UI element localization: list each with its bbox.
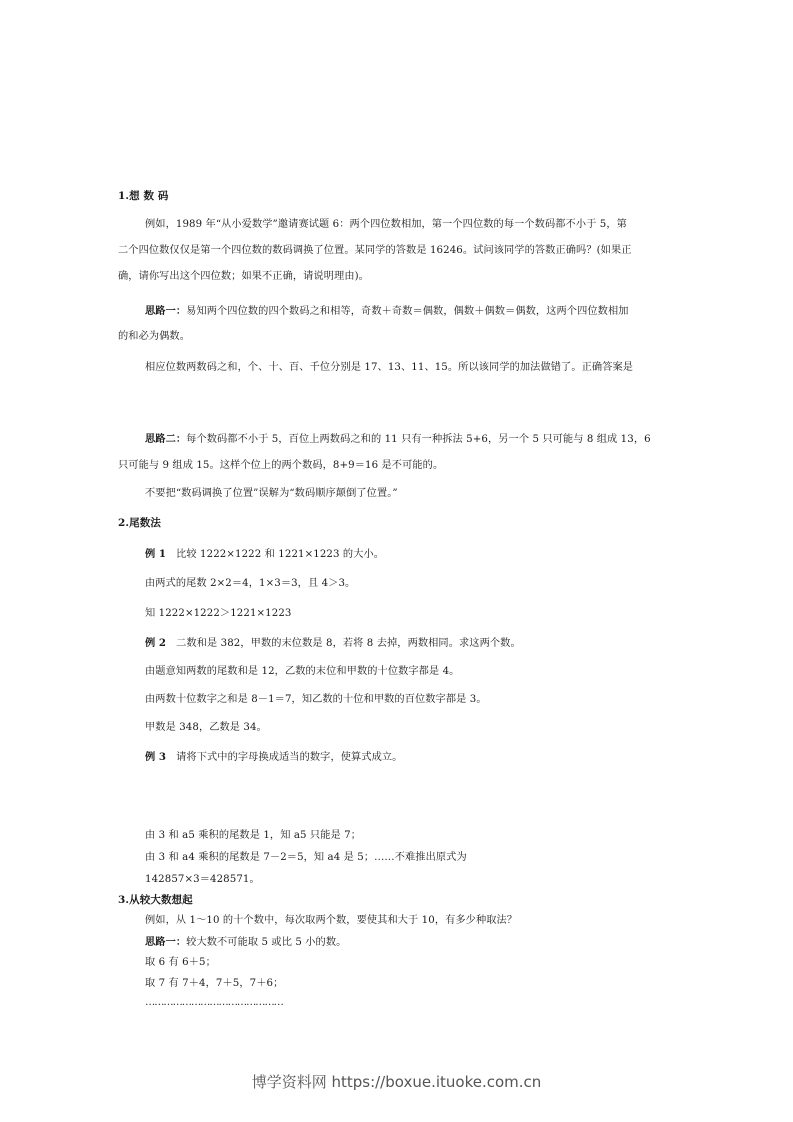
idea-label: 思路二： <box>145 433 186 445</box>
paragraph-line: 只可能与 9 组成 15。这样个位上的两个数码，8+9＝16 是不可能的。 <box>118 459 443 473</box>
idea-label: 思路一： <box>145 305 186 317</box>
idea-text: 较大数不可能取 5 或比 5 小的数。 <box>186 937 346 948</box>
example-3-line: 例 3 请将下式中的字母换成适当的数字，使算式成立。 <box>145 750 402 765</box>
ellipsis-line: ……………………………………… <box>145 996 283 1010</box>
paragraph-line: 由题意知两数的尾数和是 12，乙数的末位和甲数的十位数字都是 4。 <box>145 665 459 679</box>
paragraph-line: 由两式的尾数 2×2＝4，1×3＝3，且 4＞3。 <box>145 577 355 591</box>
example-1-line: 例 1 比较 1222×1222 和 1221×1223 的大小。 <box>145 547 384 562</box>
paragraph-line: 由两数十位数字之和是 8－1＝7，知乙数的十位和甲数的百位数字都是 3。 <box>145 693 487 707</box>
paragraph-line: 取 6 有 6＋5； <box>145 956 216 970</box>
paragraph-line: 的和必为偶数。 <box>118 330 190 344</box>
section-1-title: 1.想 数 码 <box>118 189 168 203</box>
example-label: 例 2 <box>145 637 166 649</box>
idea-text: 易知两个四位数的四个数码之和相等，奇数＋奇数＝偶数，偶数＋偶数＝偶数，这两个四位… <box>186 306 628 317</box>
paragraph-line: 确，请你写出这个四位数；如果不正确，请说明理由)。 <box>118 270 369 284</box>
idea-1-line: 思路一：易知两个四位数的四个数码之和相等，奇数＋奇数＝偶数，偶数＋偶数＝偶数，这… <box>145 304 629 319</box>
paragraph-line: 甲数是 348，乙数是 34。 <box>145 721 267 735</box>
example-2-line: 例 2 二数和是 382，甲数的末位数是 8，若将 8 去掉，两数相同。求这两个… <box>145 636 521 651</box>
example-label: 例 3 <box>145 751 166 763</box>
example-text: 二数和是 382，甲数的末位数是 8，若将 8 去掉，两数相同。求这两个数。 <box>176 638 521 649</box>
section-2-title: 2.尾数法 <box>118 516 161 530</box>
example-text: 比较 1222×1222 和 1221×1223 的大小。 <box>176 549 384 560</box>
idea-text: 每个数码都不小于 5，百位上两数码之和的 11 只有一种拆法 5+6，另一个 5… <box>186 434 651 445</box>
paragraph-line: 由 3 和 a4 乘积的尾数是 7－2＝5，知 a4 是 5；……不难推出原式为 <box>145 851 467 865</box>
example-label: 例 1 <box>145 548 166 560</box>
paragraph-line: 二个四位数仅仅是第一个四位数的数码调换了位置。某同学的答数是 16246。试问该… <box>118 244 632 258</box>
section-3-title: 3.从较大数想起 <box>118 893 193 907</box>
paragraph-line: 知 1222×1222＞1221×1223 <box>145 607 292 621</box>
paragraph-line: 例如，从 1～10 的十个数中，每次取两个数，要使其和大于 10，有多少种取法？ <box>145 914 517 928</box>
watermark-footer: 博学资料网 https://boxue.ituoke.com.cn <box>0 1071 793 1092</box>
paragraph-line: 例如，1989 年“从小爱数学”邀请赛试题 6：两个四位数相加，第一个四位数的每… <box>145 218 627 232</box>
idea-label: 思路一： <box>145 936 186 948</box>
paragraph-line: 142857×3＝428571。 <box>145 873 260 887</box>
note-line: 不要把“数码调换了位置”误解为“数码顺序颠倒了位置。” <box>145 487 398 501</box>
idea-1-line: 思路一：较大数不可能取 5 或比 5 小的数。 <box>145 935 346 950</box>
paragraph-line: 取 7 有 7＋4，7＋5，7＋6； <box>145 977 283 991</box>
idea-2-line: 思路二：每个数码都不小于 5，百位上两数码之和的 11 只有一种拆法 5+6，另… <box>145 432 651 447</box>
paragraph-line: 由 3 和 a5 乘积的尾数是 1，知 a5 只能是 7； <box>145 829 361 843</box>
example-text: 请将下式中的字母换成适当的数字，使算式成立。 <box>176 752 402 763</box>
paragraph-line: 相应位数两数码之和，个、十、百、千位分别是 17、13、11、15。所以该同学的… <box>145 361 633 375</box>
